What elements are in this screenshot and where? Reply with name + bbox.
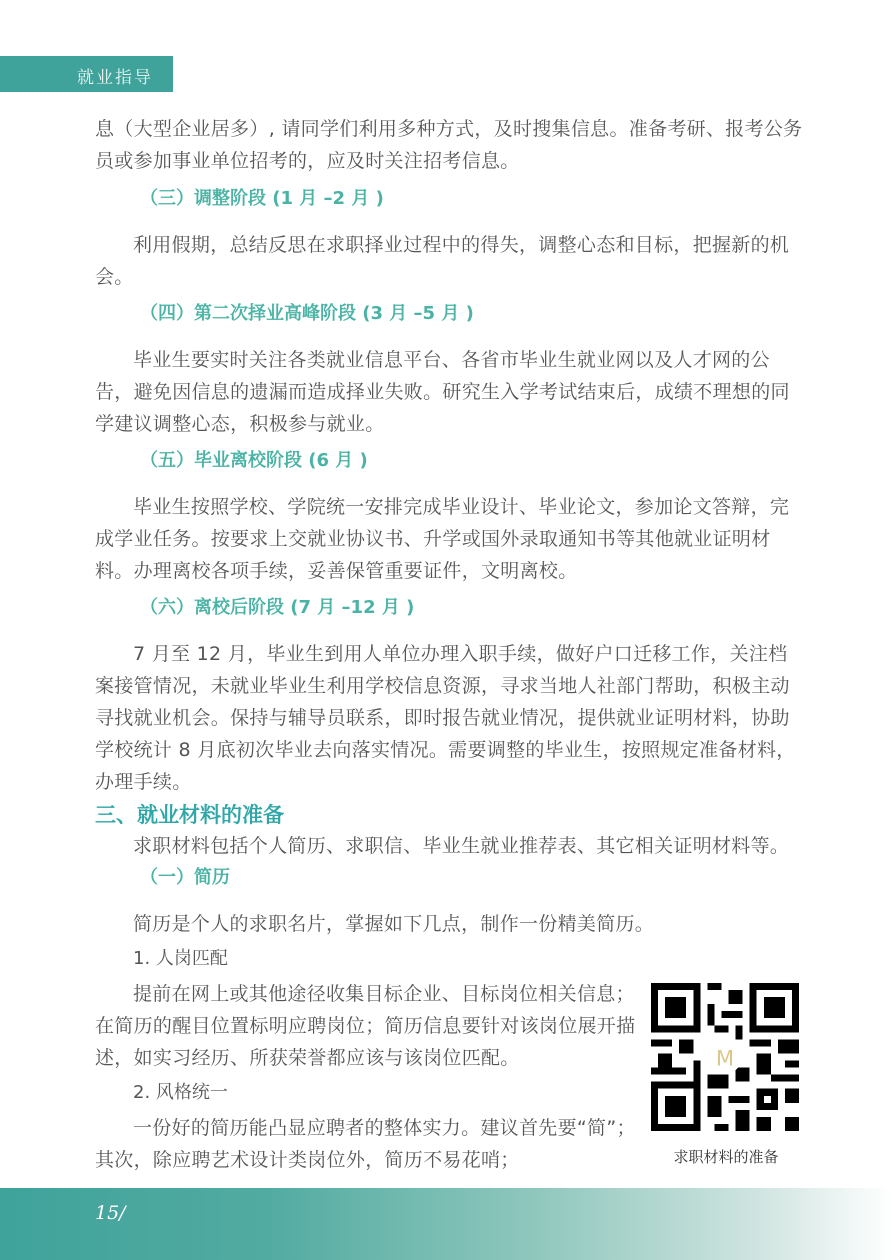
section-label: 就业指导 xyxy=(77,63,153,88)
page-footer: 15/ xyxy=(0,1188,892,1260)
stage5-paragraph: 毕业生按照学校、学院统一安排完成毕业设计、毕业论文，参加论文答辩，完成学业任务。… xyxy=(95,491,805,587)
resume-intro: 简历是个人的求职名片，掌握如下几点，制作一份精美简历。 xyxy=(95,908,805,940)
section3-heading: 三、就业材料的准备 xyxy=(95,800,805,830)
intro-paragraph: 息（大型企业居多）, 请同学们利用多种方式，及时搜集信息。准备考研、报考公务员或… xyxy=(95,113,805,177)
stage4-heading: （四）第二次择业高峰阶段 (3 月 –5 月 ) xyxy=(140,298,805,330)
stage5-heading: （五）毕业离校阶段 (6 月 ) xyxy=(140,445,805,477)
stage3-heading: （三）调整阶段 (1 月 –2 月 ) xyxy=(140,183,805,215)
stage6-heading: （六）离校后阶段 (7 月 –12 月 ) xyxy=(140,592,805,624)
qr-code-icon[interactable]: M xyxy=(651,983,799,1131)
resume-heading: （一）简历 xyxy=(140,862,805,894)
section-header-tab: 就业指导 xyxy=(0,56,173,92)
point1-paragraph: 提前在网上或其他途径收集目标企业、目标岗位相关信息；在简历的醒目位置标明应聘岗位… xyxy=(95,978,640,1074)
point1-label: 1. 人岗匹配 xyxy=(133,943,805,975)
svg-text:M: M xyxy=(716,1045,734,1070)
qr-caption: 求职材料的准备 xyxy=(651,1146,801,1167)
section3-intro: 求职材料包括个人简历、求职信、毕业生就业推荐表、其它相关证明材料等。 xyxy=(95,830,805,862)
stage3-paragraph: 利用假期，总结反思在求职择业过程中的得失，调整心态和目标，把握新的机会。 xyxy=(95,229,805,293)
stage6-paragraph: 7 月至 12 月，毕业生到用人单位办理入职手续，做好户口迁移工作，关注档案接管… xyxy=(95,638,805,798)
page-number: 15/ xyxy=(95,1202,126,1224)
stage4-paragraph: 毕业生要实时关注各类就业信息平台、各省市毕业生就业网以及人才网的公告，避免因信息… xyxy=(95,344,805,440)
point2-paragraph: 一份好的简历能凸显应聘者的整体实力。建议首先要“简”；其次，除应聘艺术设计类岗位… xyxy=(95,1112,640,1176)
